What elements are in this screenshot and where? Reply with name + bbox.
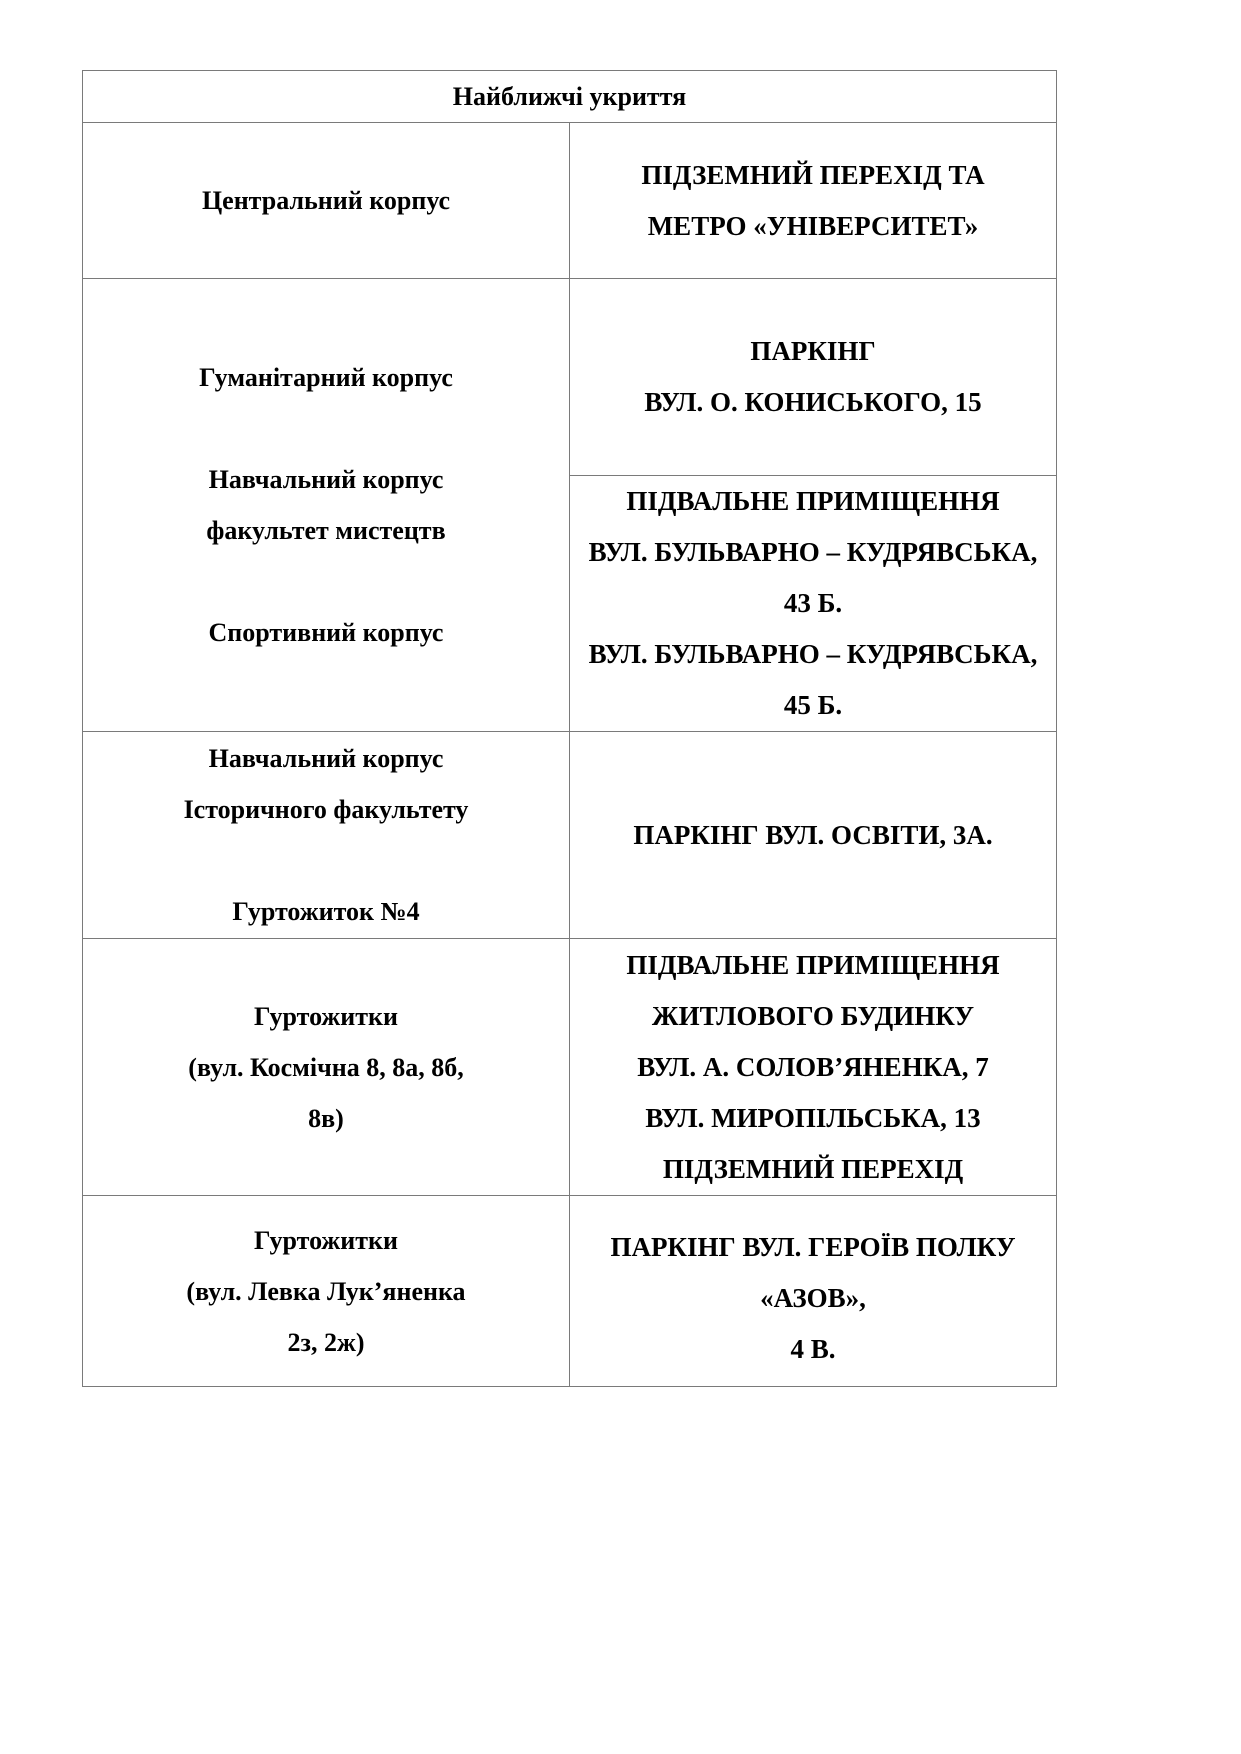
- building-name: Навчальний корпус: [89, 733, 563, 784]
- table-row: Гуманітарний корпус Навчальний корпус фа…: [83, 279, 1057, 476]
- building-name: (вул. Левка Лук’яненка: [89, 1266, 563, 1317]
- building-name: Історичного факультету: [89, 784, 563, 835]
- building-name: Гуртожитки: [89, 991, 563, 1042]
- shelter-cell: ПІДЗЕМНИЙ ПЕРЕХІД ТА МЕТРО «УНІВЕРСИТЕТ»: [570, 123, 1057, 279]
- building-name: Спортивний корпус: [89, 607, 563, 658]
- shelter-line: ПІДВАЛЬНЕ ПРИМІЩЕННЯ: [576, 476, 1050, 527]
- shelter-line: ВУЛ. МИРОПІЛЬСЬКА, 13: [576, 1093, 1050, 1144]
- shelters-table: Найближчі укриття Центральний корпус ПІД…: [82, 70, 1057, 1387]
- shelter-line: ПІДЗЕМНИЙ ПЕРЕХІД ТА: [576, 150, 1050, 201]
- building-name: Гуртожитки: [89, 1215, 563, 1266]
- shelter-cell: ПАРКІНГ ВУЛ. ОСВІТИ, 3А.: [570, 732, 1057, 939]
- shelter-cell: ПІДВАЛЬНЕ ПРИМІЩЕННЯ ВУЛ. БУЛЬВАРНО – КУ…: [570, 476, 1057, 732]
- building-name: факультет мистецтв: [89, 505, 563, 556]
- table-row: Центральний корпус ПІДЗЕМНИЙ ПЕРЕХІД ТА …: [83, 123, 1057, 279]
- table-row: Гуртожитки (вул. Космічна 8, 8а, 8б, 8в)…: [83, 939, 1057, 1196]
- table-row: Навчальний корпус Історичного факультету…: [83, 732, 1057, 939]
- table-row: Гуртожитки (вул. Левка Лук’яненка 2з, 2ж…: [83, 1196, 1057, 1387]
- building-cell: Гуртожитки (вул. Левка Лук’яненка 2з, 2ж…: [83, 1196, 570, 1387]
- shelter-line: МЕТРО «УНІВЕРСИТЕТ»: [576, 201, 1050, 252]
- building-cell: Центральний корпус: [83, 123, 570, 279]
- shelter-line: ПАРКІНГ ВУЛ. ГЕРОЇВ ПОЛКУ «АЗОВ»,: [576, 1222, 1050, 1324]
- building-name: Центральний корпус: [89, 175, 563, 226]
- shelter-line: ЖИТЛОВОГО БУДИНКУ: [576, 991, 1050, 1042]
- shelter-line: ПАРКІНГ: [576, 326, 1050, 377]
- shelter-cell: ПІДВАЛЬНЕ ПРИМІЩЕННЯ ЖИТЛОВОГО БУДИНКУ В…: [570, 939, 1057, 1196]
- shelter-line: ВУЛ. БУЛЬВАРНО – КУДРЯВСЬКА, 45 Б.: [576, 629, 1050, 731]
- building-cell: Гуманітарний корпус Навчальний корпус фа…: [83, 279, 570, 732]
- building-cell: Гуртожитки (вул. Космічна 8, 8а, 8б, 8в): [83, 939, 570, 1196]
- shelter-line: ПАРКІНГ ВУЛ. ОСВІТИ, 3А.: [576, 810, 1050, 861]
- shelter-line: ВУЛ. БУЛЬВАРНО – КУДРЯВСЬКА, 43 Б.: [576, 527, 1050, 629]
- building-name: 8в): [89, 1093, 563, 1144]
- shelter-cell: ПАРКІНГ ВУЛ. ГЕРОЇВ ПОЛКУ «АЗОВ», 4 В.: [570, 1196, 1057, 1387]
- building-cell: Навчальний корпус Історичного факультету…: [83, 732, 570, 939]
- shelter-line: ПІДВАЛЬНЕ ПРИМІЩЕННЯ: [576, 940, 1050, 991]
- shelter-line: ПІДЗЕМНИЙ ПЕРЕХІД: [576, 1144, 1050, 1195]
- shelter-line: ВУЛ. О. КОНИСЬКОГО, 15: [576, 377, 1050, 428]
- building-name: 2з, 2ж): [89, 1317, 563, 1368]
- table-header-row: Найближчі укриття: [83, 71, 1057, 123]
- building-name: Гуманітарний корпус: [89, 352, 563, 403]
- building-name: Гуртожиток №4: [89, 886, 563, 937]
- building-name: (вул. Космічна 8, 8а, 8б,: [89, 1042, 563, 1093]
- building-name: Навчальний корпус: [89, 454, 563, 505]
- table-title: Найближчі укриття: [83, 71, 1057, 123]
- shelter-cell: ПАРКІНГ ВУЛ. О. КОНИСЬКОГО, 15: [570, 279, 1057, 476]
- shelter-line: ВУЛ. А. СОЛОВ’ЯНЕНКА, 7: [576, 1042, 1050, 1093]
- shelter-line: 4 В.: [576, 1324, 1050, 1375]
